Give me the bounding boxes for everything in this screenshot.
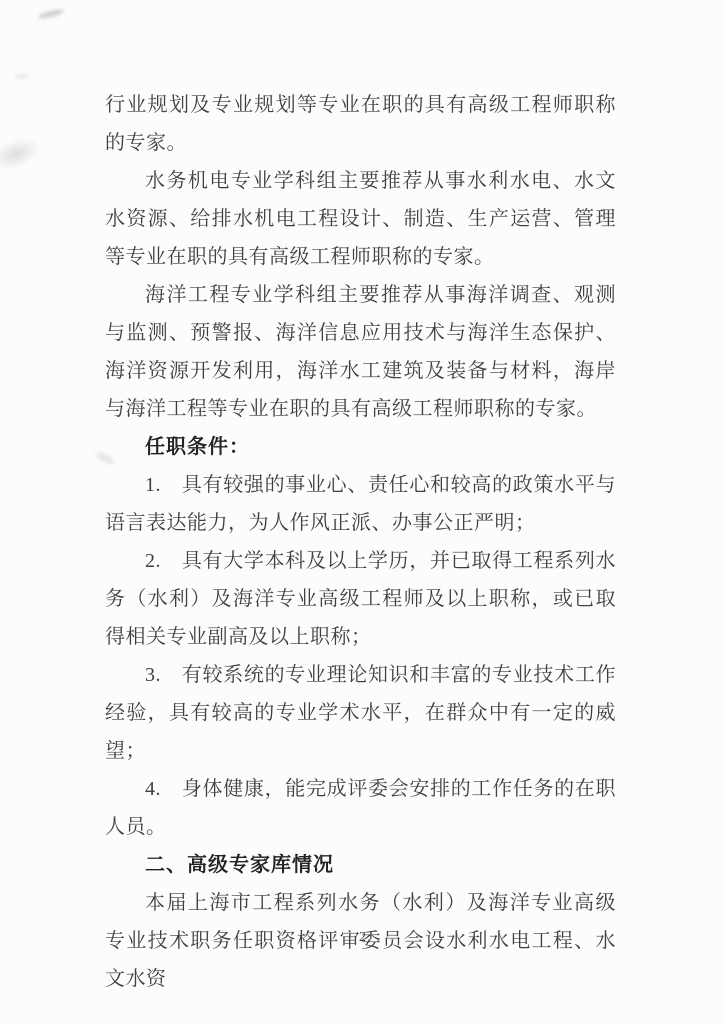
numbered-item-3: 3. 有较系统的专业理论知识和丰富的专业技术工作经验，具有较高的专业学术水平，在… bbox=[105, 656, 616, 770]
section-heading-qualification-requirements: 任职条件： bbox=[105, 428, 616, 466]
paragraph-continuation: 行业规划及专业规划等专业在职的具有高级工程师职称的专家。 bbox=[105, 86, 616, 162]
numbered-item-2: 2. 具有大学本科及以上学历，并已取得工程系列水务（水利）及海洋专业高级工程师及… bbox=[105, 542, 616, 656]
scan-smudge bbox=[38, 8, 65, 20]
paragraph-water-mechanical-group: 水务机电专业学科组主要推荐从事水利水电、水文水资源、给排水机电工程设计、制造、生… bbox=[105, 162, 616, 276]
numbered-item-1: 1. 具有较强的事业心、责任心和较高的政策水平与语言表达能力，为人作风正派、办事… bbox=[105, 466, 616, 542]
paragraph-ocean-engineering-group: 海洋工程专业学科组主要推荐从事海洋调查、观测与监测、预警报、海洋信息应用技术与海… bbox=[105, 276, 616, 428]
page-body: 行业规划及专业规划等专业在职的具有高级工程师职称的专家。 水务机电专业学科组主要… bbox=[105, 86, 616, 998]
document-page: 行业规划及专业规划等专业在职的具有高级工程师职称的专家。 水务机电专业学科组主要… bbox=[0, 0, 725, 1024]
page-number: 2 bbox=[0, 928, 725, 948]
scan-smudge bbox=[14, 73, 31, 80]
scan-smudge bbox=[0, 131, 45, 176]
numbered-item-4: 4. 身体健康，能完成评委会安排的工作任务的在职人员。 bbox=[105, 770, 616, 846]
section-heading-senior-expert-pool: 二、高级专家库情况 bbox=[105, 846, 616, 884]
